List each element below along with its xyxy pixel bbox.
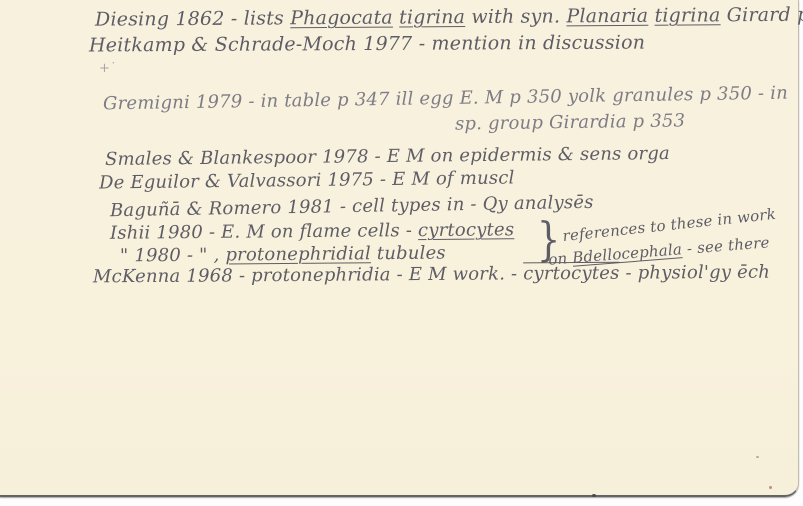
note-text: De Eguilor & Valvassori 1975 - E M of mu…	[99, 167, 515, 193]
underlined-term: protonephridial	[225, 243, 371, 265]
pencil-mark: +˙	[99, 61, 117, 76]
scan-page: { "theme": { "page_bg": "#fdfdfd", "card…	[0, 0, 803, 506]
note-text: Baguñā & Romero 1981 - cell types in - Q…	[110, 192, 594, 221]
note-line-heitkamp: Heitkamp & Schrade-Moch 1977 - mention i…	[89, 32, 645, 57]
note-text: - physiol'gy ēch	[619, 262, 770, 284]
note-line-ishii-1: Ishii 1980 - E. M on flame cells - cyrto…	[110, 219, 514, 244]
note-line-baguna: Baguñā & Romero 1981 - cell types in - Q…	[110, 192, 594, 221]
note-line-smales: Smales & Blankespoor 1978 - E M on epide…	[105, 143, 670, 170]
underlined-genus: Planaria	[566, 5, 648, 28]
underlined-term: cyrtocytes	[418, 219, 514, 241]
scan-speck	[769, 486, 772, 489]
note-text: tubules	[371, 243, 446, 265]
underlined-species: tigrina	[654, 4, 720, 26]
note-line-diesing: Diesing 1862 - lists Phagocata tigrina w…	[95, 3, 803, 30]
overlined-term: cyrtocytes	[523, 263, 619, 285]
note-text: Heitkamp & Schrade-Moch 1977 - mention i…	[89, 32, 645, 57]
note-text: Gremigni 1979 - in table p 347 ill egg E…	[103, 83, 788, 115]
scan-speck	[756, 456, 759, 458]
note-text: - see there	[681, 233, 770, 258]
scan-speck	[592, 494, 596, 497]
ditto-marks: " 1980 - " ,	[120, 245, 226, 267]
note-line-mckenna: McKenna 1968 - protonephridia - E M work…	[93, 262, 770, 288]
note-text: Smales & Blankespoor 1978 - E M on epide…	[105, 143, 670, 170]
note-text: +˙	[99, 61, 117, 76]
note-line-eguilor: De Eguilor & Valvassori 1975 - E M of mu…	[99, 167, 515, 193]
note-text: Girard p 507	[720, 3, 803, 26]
note-text: Diesing 1862 - lists	[95, 7, 290, 30]
note-text: with syn.	[465, 5, 566, 28]
note-line-gremigni: Gremigni 1979 - in table p 347 ill egg E…	[103, 83, 788, 115]
note-line-gremigni-cont: sp. group Girardia p 353	[455, 110, 685, 134]
note-line-ishii-2: " 1980 - " , protonephridial tubules	[120, 243, 446, 267]
underlined-species: tigrina	[399, 6, 465, 28]
index-card: Diesing 1862 - lists Phagocata tigrina w…	[0, 0, 799, 497]
underlined-genus: Phagocata	[290, 7, 393, 30]
note-text: McKenna 1968 - protonephridia - E M work…	[93, 263, 523, 287]
note-text: Ishii 1980 - E. M on flame cells -	[110, 220, 418, 244]
note-text: sp. group Girardia p 353	[455, 110, 685, 134]
